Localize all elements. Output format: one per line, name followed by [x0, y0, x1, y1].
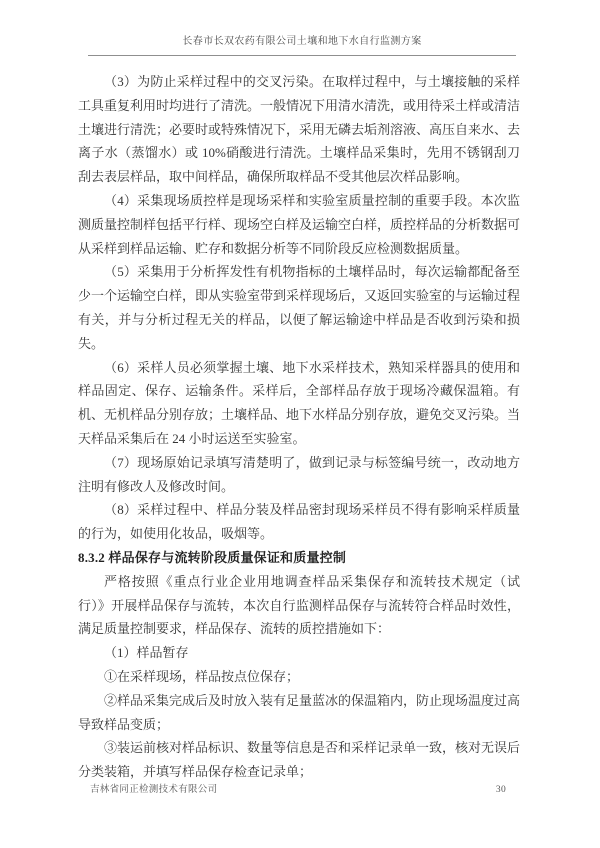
- section-heading-8-3-2: 8.3.2 样品保存与流转阶段质量保证和质量控制: [78, 546, 520, 570]
- section-intro-paragraph: 严格按照《重点行业企业用地调查样品采集保存和流转技术规定（试行）》开展样品保存与…: [78, 570, 520, 641]
- paragraph-item-5: （5）采集用于分析挥发性有机物指标的土壤样品时，每次运输都配备至少一个运输空白样…: [78, 260, 520, 355]
- header-title: 长春市长双农药有限公司土壤和地下水自行监测方案: [88, 34, 516, 56]
- paragraph-item-3: （3）为防止采样过程中的交叉污染。在取样过程中，与土壤接触的采样工具重复利用时均…: [78, 70, 520, 189]
- list-item-circled-1: ①在采样现场，样品按点位保存；: [78, 665, 520, 689]
- paragraph-item-8: （8）采样过程中、样品分装及样品密封现场采样员不得有影响采样质量的行为，如使用化…: [78, 498, 520, 546]
- list-item-circled-2: ②样品采集完成后及时放入装有足量蓝冰的保温箱内，防止现场温度过高导致样品变质；: [78, 689, 520, 737]
- footer-company-name: 吉林省同正检测技术有限公司: [90, 781, 217, 795]
- page-header: 长春市长双农药有限公司土壤和地下水自行监测方案: [88, 34, 516, 56]
- paragraph-item-6: （6）采样人员必须掌握土壤、地下水采样技术，熟知采样器具的使用和样品固定、保存、…: [78, 356, 520, 451]
- list-item-sample-storage: （1）样品暂存: [78, 641, 520, 665]
- paragraph-item-7: （7）现场原始记录填写清楚明了，做到记录与标签编号统一，改动地方注明有修改人及修…: [78, 451, 520, 499]
- page-footer: 吉林省同正检测技术有限公司 30: [90, 781, 506, 795]
- document-body: （3）为防止采样过程中的交叉污染。在取样过程中，与土壤接触的采样工具重复利用时均…: [78, 70, 520, 784]
- paragraph-item-4: （4）采集现场质控样是现场采样和实验室质量控制的重要手段。本次监测质量控制样包括…: [78, 189, 520, 260]
- list-item-circled-3: ③装运前核对样品标识、数量等信息是否和采样记录单一致，核对无误后分类装箱，并填写…: [78, 736, 520, 784]
- document-page: 长春市长双农药有限公司土壤和地下水自行监测方案 （3）为防止采样过程中的交叉污染…: [0, 0, 600, 848]
- page-number: 30: [496, 785, 506, 795]
